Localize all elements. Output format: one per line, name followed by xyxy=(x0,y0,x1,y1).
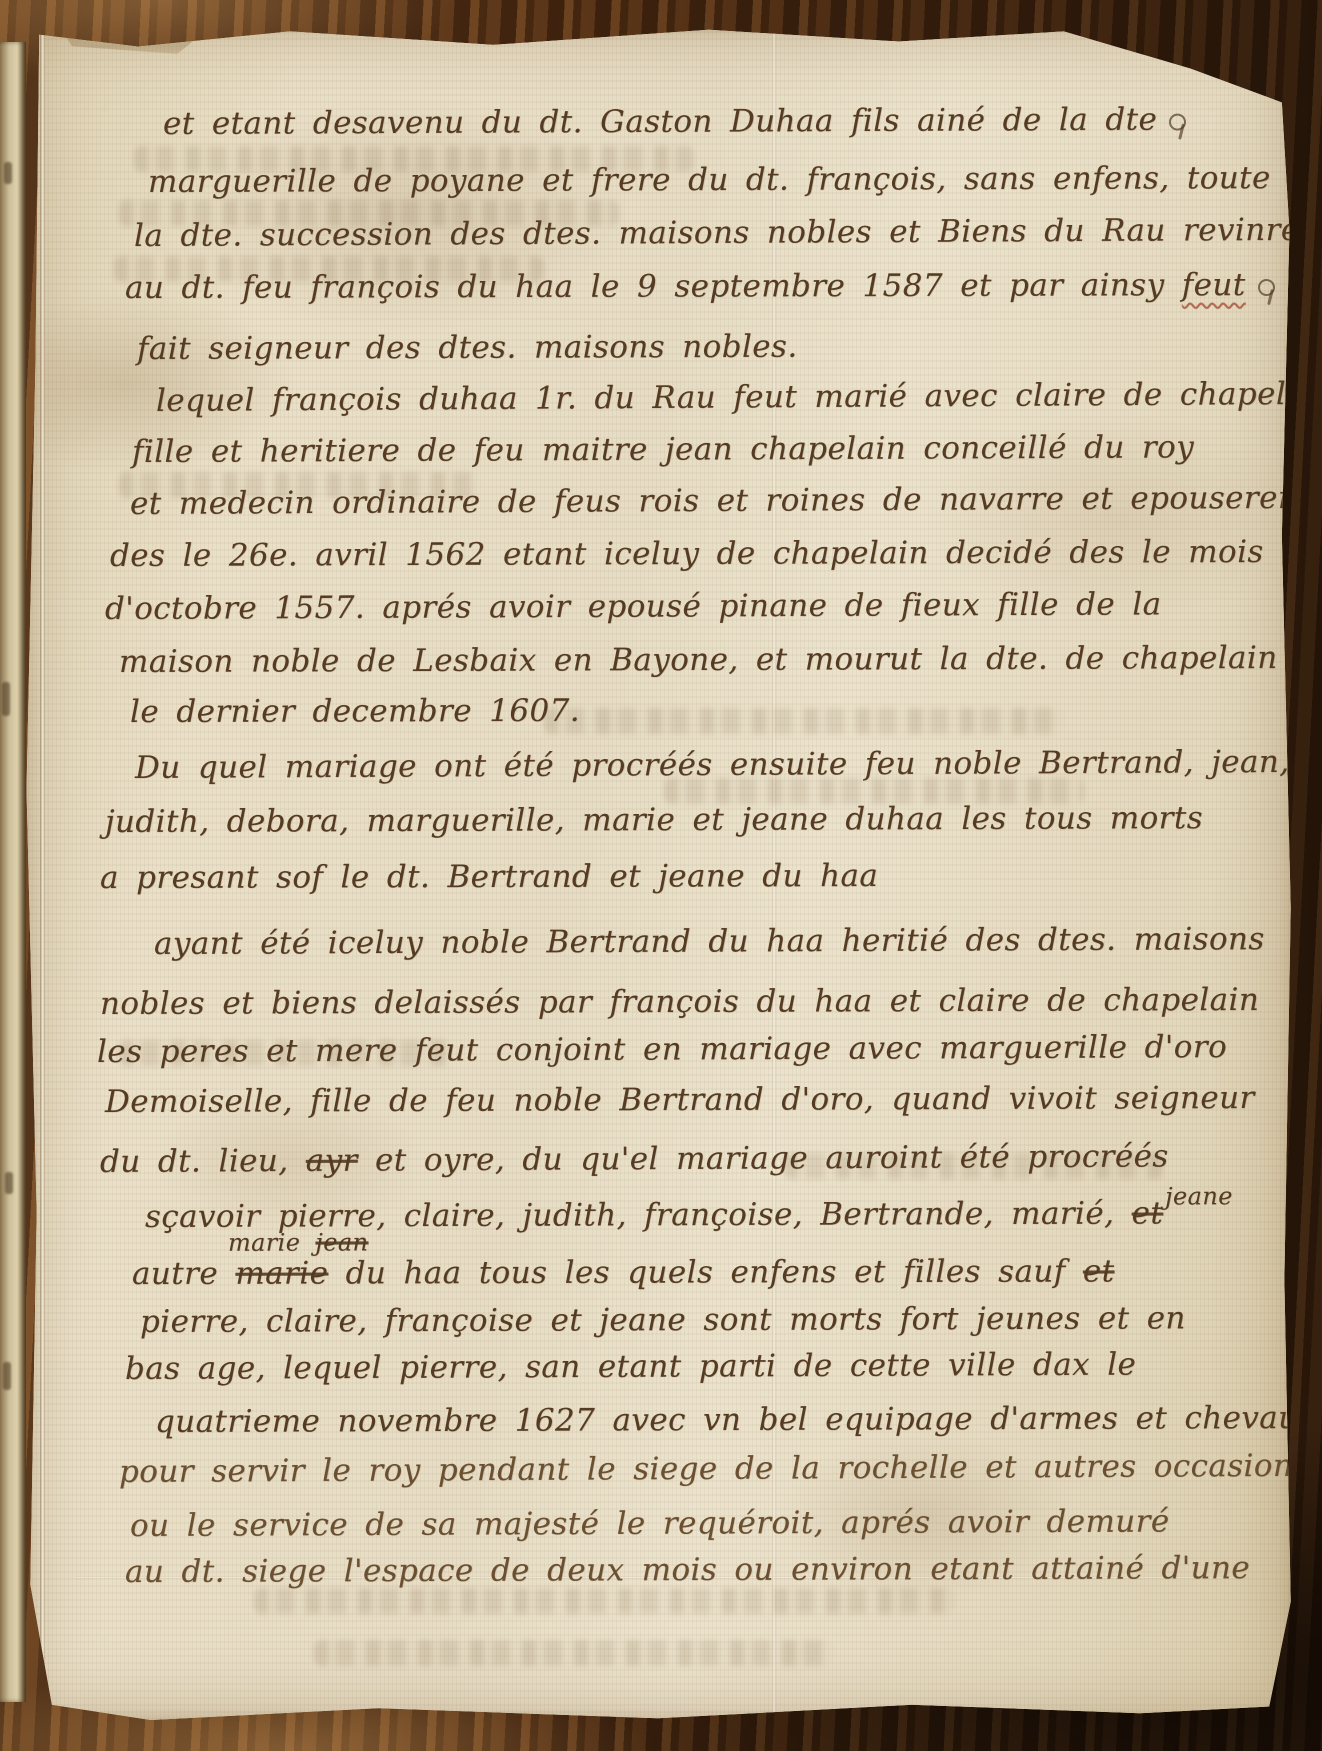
manuscript-line: lequel françois duhaa 1r. du Rau feut ma… xyxy=(156,376,1292,419)
struck-word: marie xyxy=(235,1255,328,1291)
manuscript-line: du dt. lieu, ayr et oyre, du qu'el maria… xyxy=(100,1138,1169,1180)
photo-of-manuscript-on-wood-table: et etant desavenu du dt. Gaston Duhaa fi… xyxy=(0,0,1322,1751)
manuscript-line: et etant desavenu du dt. Gaston Duhaa fi… xyxy=(163,102,1186,142)
manuscript-line: maison noble de Lesbaix en Bayone, et mo… xyxy=(119,640,1278,680)
manuscript-line: nobles et biens delaissés par françois d… xyxy=(100,982,1259,1022)
line-text: des le 26e. avril 1562 etant iceluy de c… xyxy=(110,534,1264,574)
line-text: ayant été iceluy noble Bertrand du haa h… xyxy=(154,921,1265,962)
struck-word: et xyxy=(1083,1253,1115,1289)
line-text: fait seigneur des dtes. maisons nobles. xyxy=(137,329,798,367)
line-text: les peres et mere feut conjoint en maria… xyxy=(97,1029,1227,1070)
line-text: maison noble de Lesbaix en Bayone, et mo… xyxy=(119,640,1278,680)
manuscript-line: et medecin ordinaire de feus rois et roi… xyxy=(130,480,1292,522)
ink-showthrough xyxy=(254,1588,954,1614)
line-text: a presant sof le dt. Bertrand et jeane d… xyxy=(100,858,878,896)
manuscript-page: et etant desavenu du dt. Gaston Duhaa fi… xyxy=(24,28,1292,1720)
line-text: Du quel mariage ont été procréés ensuite… xyxy=(135,744,1290,786)
ink-showthrough xyxy=(314,1640,834,1666)
red-marked-word: feut xyxy=(1182,267,1246,303)
line-text: judith, debora, marguerille, marie et je… xyxy=(105,800,1203,840)
interlinear-correction: marie jean xyxy=(228,1228,369,1256)
line-end-flourish-icon xyxy=(1169,114,1186,131)
manuscript-line: bas age, lequel pierre, san etant parti … xyxy=(125,1347,1136,1387)
manuscript-line: le dernier decembre 1607. xyxy=(130,693,580,730)
struck-word: jean xyxy=(315,1228,368,1256)
interlinear-insertion: marie xyxy=(228,1229,300,1257)
manuscript-line: au dt. siege l'espace de deux mois ou en… xyxy=(125,1550,1250,1590)
struck-word: ayr xyxy=(306,1143,358,1179)
line-text: ou le service de sa majesté le requéroit… xyxy=(130,1503,1170,1544)
line-text: marguerille de poyane et frere du dt. fr… xyxy=(148,160,1271,200)
line-text: Demoiselle, fille de feu noble Bertrand … xyxy=(105,1080,1255,1120)
manuscript-line: Du quel mariage ont été procréés ensuite… xyxy=(135,744,1290,786)
ink-showthrough xyxy=(544,708,1064,734)
line-text: et medecin ordinaire de feus rois et roi… xyxy=(130,480,1292,522)
manuscript-line: marguerille de poyane et frere du dt. fr… xyxy=(148,160,1271,200)
manuscript-line: pour servir le roy pendant le siege de l… xyxy=(119,1448,1292,1490)
line-text: du haa tous les quels enfens et filles s… xyxy=(328,1254,1083,1292)
underlying-page-ink-mark xyxy=(5,1172,13,1194)
line-text: bas age, lequel pierre, san etant parti … xyxy=(125,1347,1136,1387)
underlying-page-ink-mark xyxy=(4,162,12,184)
underlying-page-ink-mark xyxy=(2,682,10,716)
manuscript-line: fait seigneur des dtes. maisons nobles. xyxy=(137,329,798,367)
line-text: d'octobre 1557. aprés avoir epousé pinan… xyxy=(105,586,1162,627)
line-text: le dernier decembre 1607. xyxy=(130,693,580,730)
torn-corner-flap xyxy=(60,28,210,54)
line-text: lequel françois duhaa 1r. du Rau feut ma… xyxy=(156,376,1292,419)
line-text: et etant desavenu du dt. Gaston Duhaa fi… xyxy=(163,102,1157,142)
line-text: pierre, claire, françoise et jeane sont … xyxy=(140,1300,1186,1340)
line-text: la dte. succession des dtes. maisons nob… xyxy=(134,212,1292,254)
manuscript-line: des le 26e. avril 1562 etant iceluy de c… xyxy=(110,534,1264,574)
manuscript-line: ayant été iceluy noble Bertrand du haa h… xyxy=(154,921,1265,962)
left-binding-crease xyxy=(40,28,45,1720)
line-text: pour servir le roy pendant le siege de l… xyxy=(119,1448,1292,1490)
manuscript-line: marie jeanautre marie du haa tous les qu… xyxy=(132,1253,1115,1292)
underlying-page-edge xyxy=(0,42,26,1702)
line-text: du dt. lieu, xyxy=(100,1143,306,1180)
line-text: quatrieme novembre 1627 avec vn bel equi… xyxy=(155,1400,1292,1440)
line-text: nobles et biens delaissés par françois d… xyxy=(100,982,1259,1022)
manuscript-line: les peres et mere feut conjoint en maria… xyxy=(97,1029,1227,1070)
manuscript-line: a presant sof le dt. Bertrand et jeane d… xyxy=(100,858,878,896)
manuscript-line: fille et heritiere de feu maitre jean ch… xyxy=(132,429,1194,470)
manuscript-line: pierre, claire, françoise et jeane sont … xyxy=(140,1300,1186,1340)
manuscript-line: ou le service de sa majesté le requéroit… xyxy=(130,1503,1170,1544)
line-text: autre xyxy=(132,1256,235,1292)
manuscript-line: au dt. feu françois du haa le 9 septembr… xyxy=(125,267,1275,306)
manuscript-line: Demoiselle, fille de feu noble Bertrand … xyxy=(105,1080,1255,1120)
line-end-flourish-icon xyxy=(1258,279,1275,296)
interlinear-insertion: jeane xyxy=(1165,1182,1233,1210)
manuscript-line: la dte. succession des dtes. maisons nob… xyxy=(134,212,1292,254)
manuscript-line: judith, debora, marguerille, marie et je… xyxy=(105,800,1203,840)
struck-word: et xyxy=(1132,1195,1164,1231)
manuscript-line: quatrieme novembre 1627 avec vn bel equi… xyxy=(155,1400,1292,1440)
underlying-page-ink-mark xyxy=(3,1362,11,1390)
line-text: au dt. siege l'espace de deux mois ou en… xyxy=(125,1550,1250,1590)
manuscript-line: d'octobre 1557. aprés avoir epousé pinan… xyxy=(105,586,1162,627)
line-text: fille et heritiere de feu maitre jean ch… xyxy=(132,429,1194,470)
line-text: au dt. feu françois du haa le 9 septembr… xyxy=(125,267,1182,306)
line-text: et oyre, du qu'el mariage auroint été pr… xyxy=(358,1138,1169,1178)
